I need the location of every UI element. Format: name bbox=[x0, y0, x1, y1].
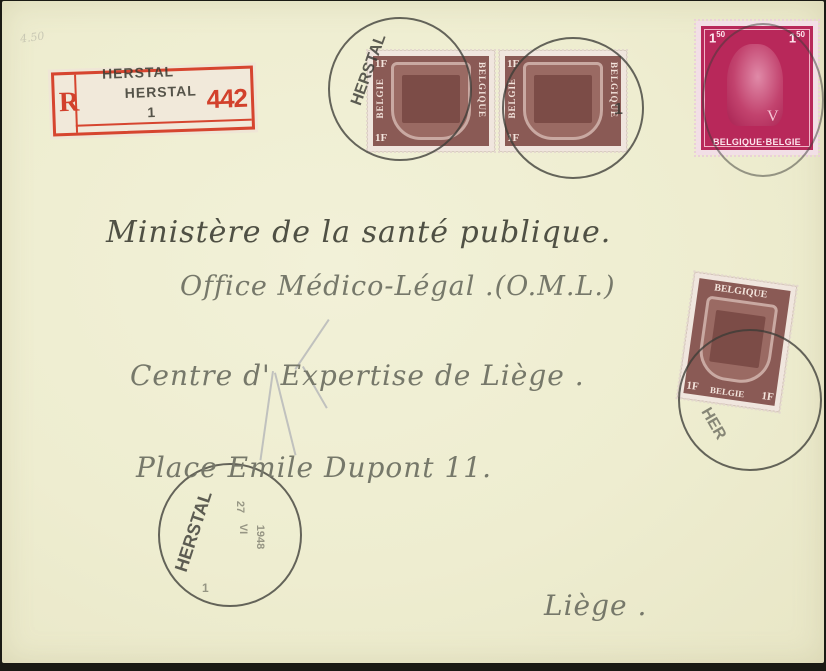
registration-letter: R bbox=[58, 87, 79, 120]
coat-of-arms-icon bbox=[523, 62, 603, 140]
postmark-town-bottom: HERSTAL bbox=[171, 488, 217, 574]
stamp-value-right: 1F bbox=[761, 390, 775, 404]
address-line-1: Ministère de la santé publique. bbox=[106, 215, 611, 250]
postmark-code: 1 bbox=[202, 581, 209, 595]
label-cancel-line2: HERSTAL bbox=[124, 82, 197, 101]
v-overprint-icon: V bbox=[767, 108, 779, 126]
address-line-3: Centre d' Expertise de Liège . bbox=[130, 359, 585, 392]
postmark-town-right: HER bbox=[697, 405, 729, 443]
postmark-bottom-left bbox=[158, 463, 302, 607]
corner-pencil-note: 4.50 bbox=[19, 29, 45, 45]
stamp-value-left: 150 bbox=[709, 30, 725, 45]
stamp-king-leopold: 150 150 V BELGIQUE·BELGIE bbox=[696, 21, 818, 155]
stamp-country-nl: BELGIE bbox=[375, 78, 385, 119]
stamp-country-nl: BELGIE bbox=[709, 385, 745, 400]
coat-of-arms-icon bbox=[391, 62, 471, 140]
stamp-country-nl: BELGIE bbox=[507, 78, 517, 119]
postmark-month: VI bbox=[237, 524, 249, 534]
label-underline bbox=[76, 119, 252, 127]
address-line-2: Office Médico-Légal .(O.M.L.) bbox=[180, 271, 616, 302]
stamp-value-bottom: 1F bbox=[375, 132, 387, 144]
postmark-year: 1948 bbox=[254, 525, 266, 549]
coat-of-arms-icon bbox=[696, 295, 779, 386]
address-line-4: Place Emile Dupont 11. bbox=[136, 451, 492, 484]
stamp-coat-of-arms-left: 1F 1F BELGIQUE BELGIE bbox=[368, 51, 494, 151]
envelope: 4.50 R HERSTAL HERSTAL 1 442 1F 1F BELGI… bbox=[2, 1, 824, 663]
stamp-coat-of-arms-single: BELGIQUE 1F BELGIE 1F bbox=[678, 273, 797, 412]
stamp-value-left: 1F bbox=[686, 379, 700, 393]
stamp-coat-of-arms-right: 1F 1F BELGIQUE BELGIE bbox=[500, 51, 626, 151]
stamp-caption: BELGIQUE·BELGIE bbox=[701, 137, 813, 147]
stamp-value-bottom: 1F bbox=[507, 132, 519, 144]
label-cancel-line3: 1 bbox=[147, 104, 156, 120]
stamp-country-fr: BELGIQUE bbox=[477, 62, 487, 118]
address-line-5: Liège . bbox=[544, 589, 647, 622]
label-cancel-line1: HERSTAL bbox=[102, 63, 175, 82]
stamp-value-top: 1F bbox=[507, 58, 519, 70]
registration-number: 442 bbox=[206, 83, 247, 115]
postmark-day: 27 bbox=[234, 501, 246, 513]
registration-label: R HERSTAL HERSTAL 1 442 bbox=[51, 65, 255, 136]
postmark-code-top-right: 1 bbox=[614, 101, 623, 119]
stamp-value-right: 150 bbox=[789, 30, 805, 45]
